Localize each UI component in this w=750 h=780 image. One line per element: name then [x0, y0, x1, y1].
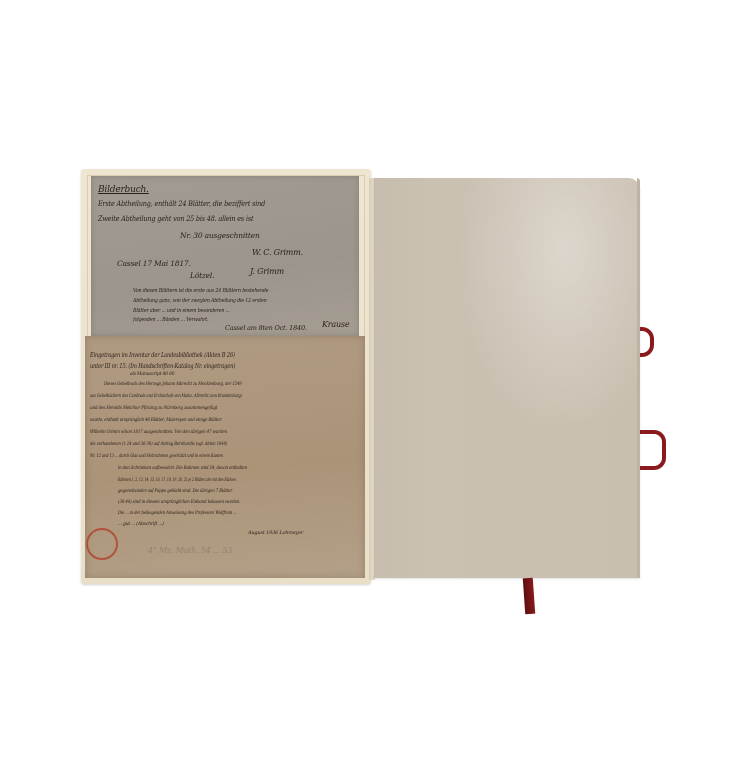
note-line: Abtheilung ganz, von der zweyten Abtheil… — [133, 298, 267, 304]
note-line: Wilhelm Grimm schon 1817 ausgeschnitten.… — [90, 429, 227, 435]
note-date: Cassel 17 Mai 1817. — [117, 259, 191, 268]
note-line: ... gut ... (Abschrift ...) — [118, 521, 164, 527]
note-line: Von diesen Blättern ist die erste aus 24… — [133, 288, 268, 294]
note-line: wurde, enthielt ursprünglich 48 Blätter;… — [90, 417, 221, 423]
note-line: Erste Abtheilung, enthält 24 Blätter, di… — [98, 199, 265, 208]
signature-j-grimm: J. Grimm — [250, 267, 284, 276]
shelfmark-pencil: 4° Ms. Math. 54 ... 53 — [148, 546, 232, 555]
note-line: Blätter aber ... und in einem besonderen… — [133, 308, 230, 314]
note-line: die vorhandenen (1-24 und 26-39) auf Ant… — [90, 441, 227, 447]
note-line: unter III nr. 15. (Im Handschriften-Kata… — [90, 363, 235, 370]
red-bookmark-ribbon — [523, 578, 535, 615]
note-line: Die ... in der beiliegenden Anweisung de… — [118, 510, 237, 516]
note-line: Rahmen 1, 2, 13, 14, 15, 16, 17, 18, 19,… — [118, 477, 236, 483]
note-line: aus Gebetbüchern des Cardinals und Erzbi… — [90, 393, 242, 399]
right-blank-page — [374, 178, 640, 578]
note-line: folgenden ... Bänden ... Verwahrt. — [133, 317, 208, 323]
note-line: Nr. 12 und 13 ... durch Glas und Holzrah… — [90, 453, 223, 459]
note-heading: Bilderbuch. — [98, 185, 149, 195]
note-line: Dieses Gebetbuch des Herzogs Johann Albr… — [104, 381, 242, 387]
red-ribbon-tie-lower — [640, 430, 666, 470]
signature-wc-grimm: W. C. Grimm. — [252, 248, 303, 257]
library-stamp-icon — [86, 528, 118, 560]
page-fore-edge — [637, 178, 640, 578]
note-line: Lötzel. — [190, 271, 214, 280]
note-signature-lohmeyer: August 1936 Lohmeyer — [248, 530, 303, 536]
note-line: (38-44) sind in diesem ursprünglichen Ei… — [118, 499, 240, 505]
note-line: Eingetragen im Inventar der Landesbiblio… — [90, 352, 235, 359]
note-line: gegeneinander auf Pappe geklebt sind. Di… — [118, 488, 232, 494]
signature-krause: Krause — [322, 320, 349, 329]
note-line: und des Herolds Melchior Pfinzing zu Nür… — [90, 405, 217, 411]
note-line: in den Schränken aufbewahrt. Die Rahmen … — [118, 465, 247, 471]
red-ribbon-tie-upper — [640, 327, 654, 357]
note-line: Nr. 30 ausgeschnitten — [180, 231, 260, 240]
note-date: Cassel am 8ten Oct. 1840. — [225, 324, 307, 332]
note-line: Zweite Abtheilung geht von 25 bis 48. al… — [98, 214, 253, 223]
note-line: als Manuscript 40 80 — [130, 372, 174, 377]
